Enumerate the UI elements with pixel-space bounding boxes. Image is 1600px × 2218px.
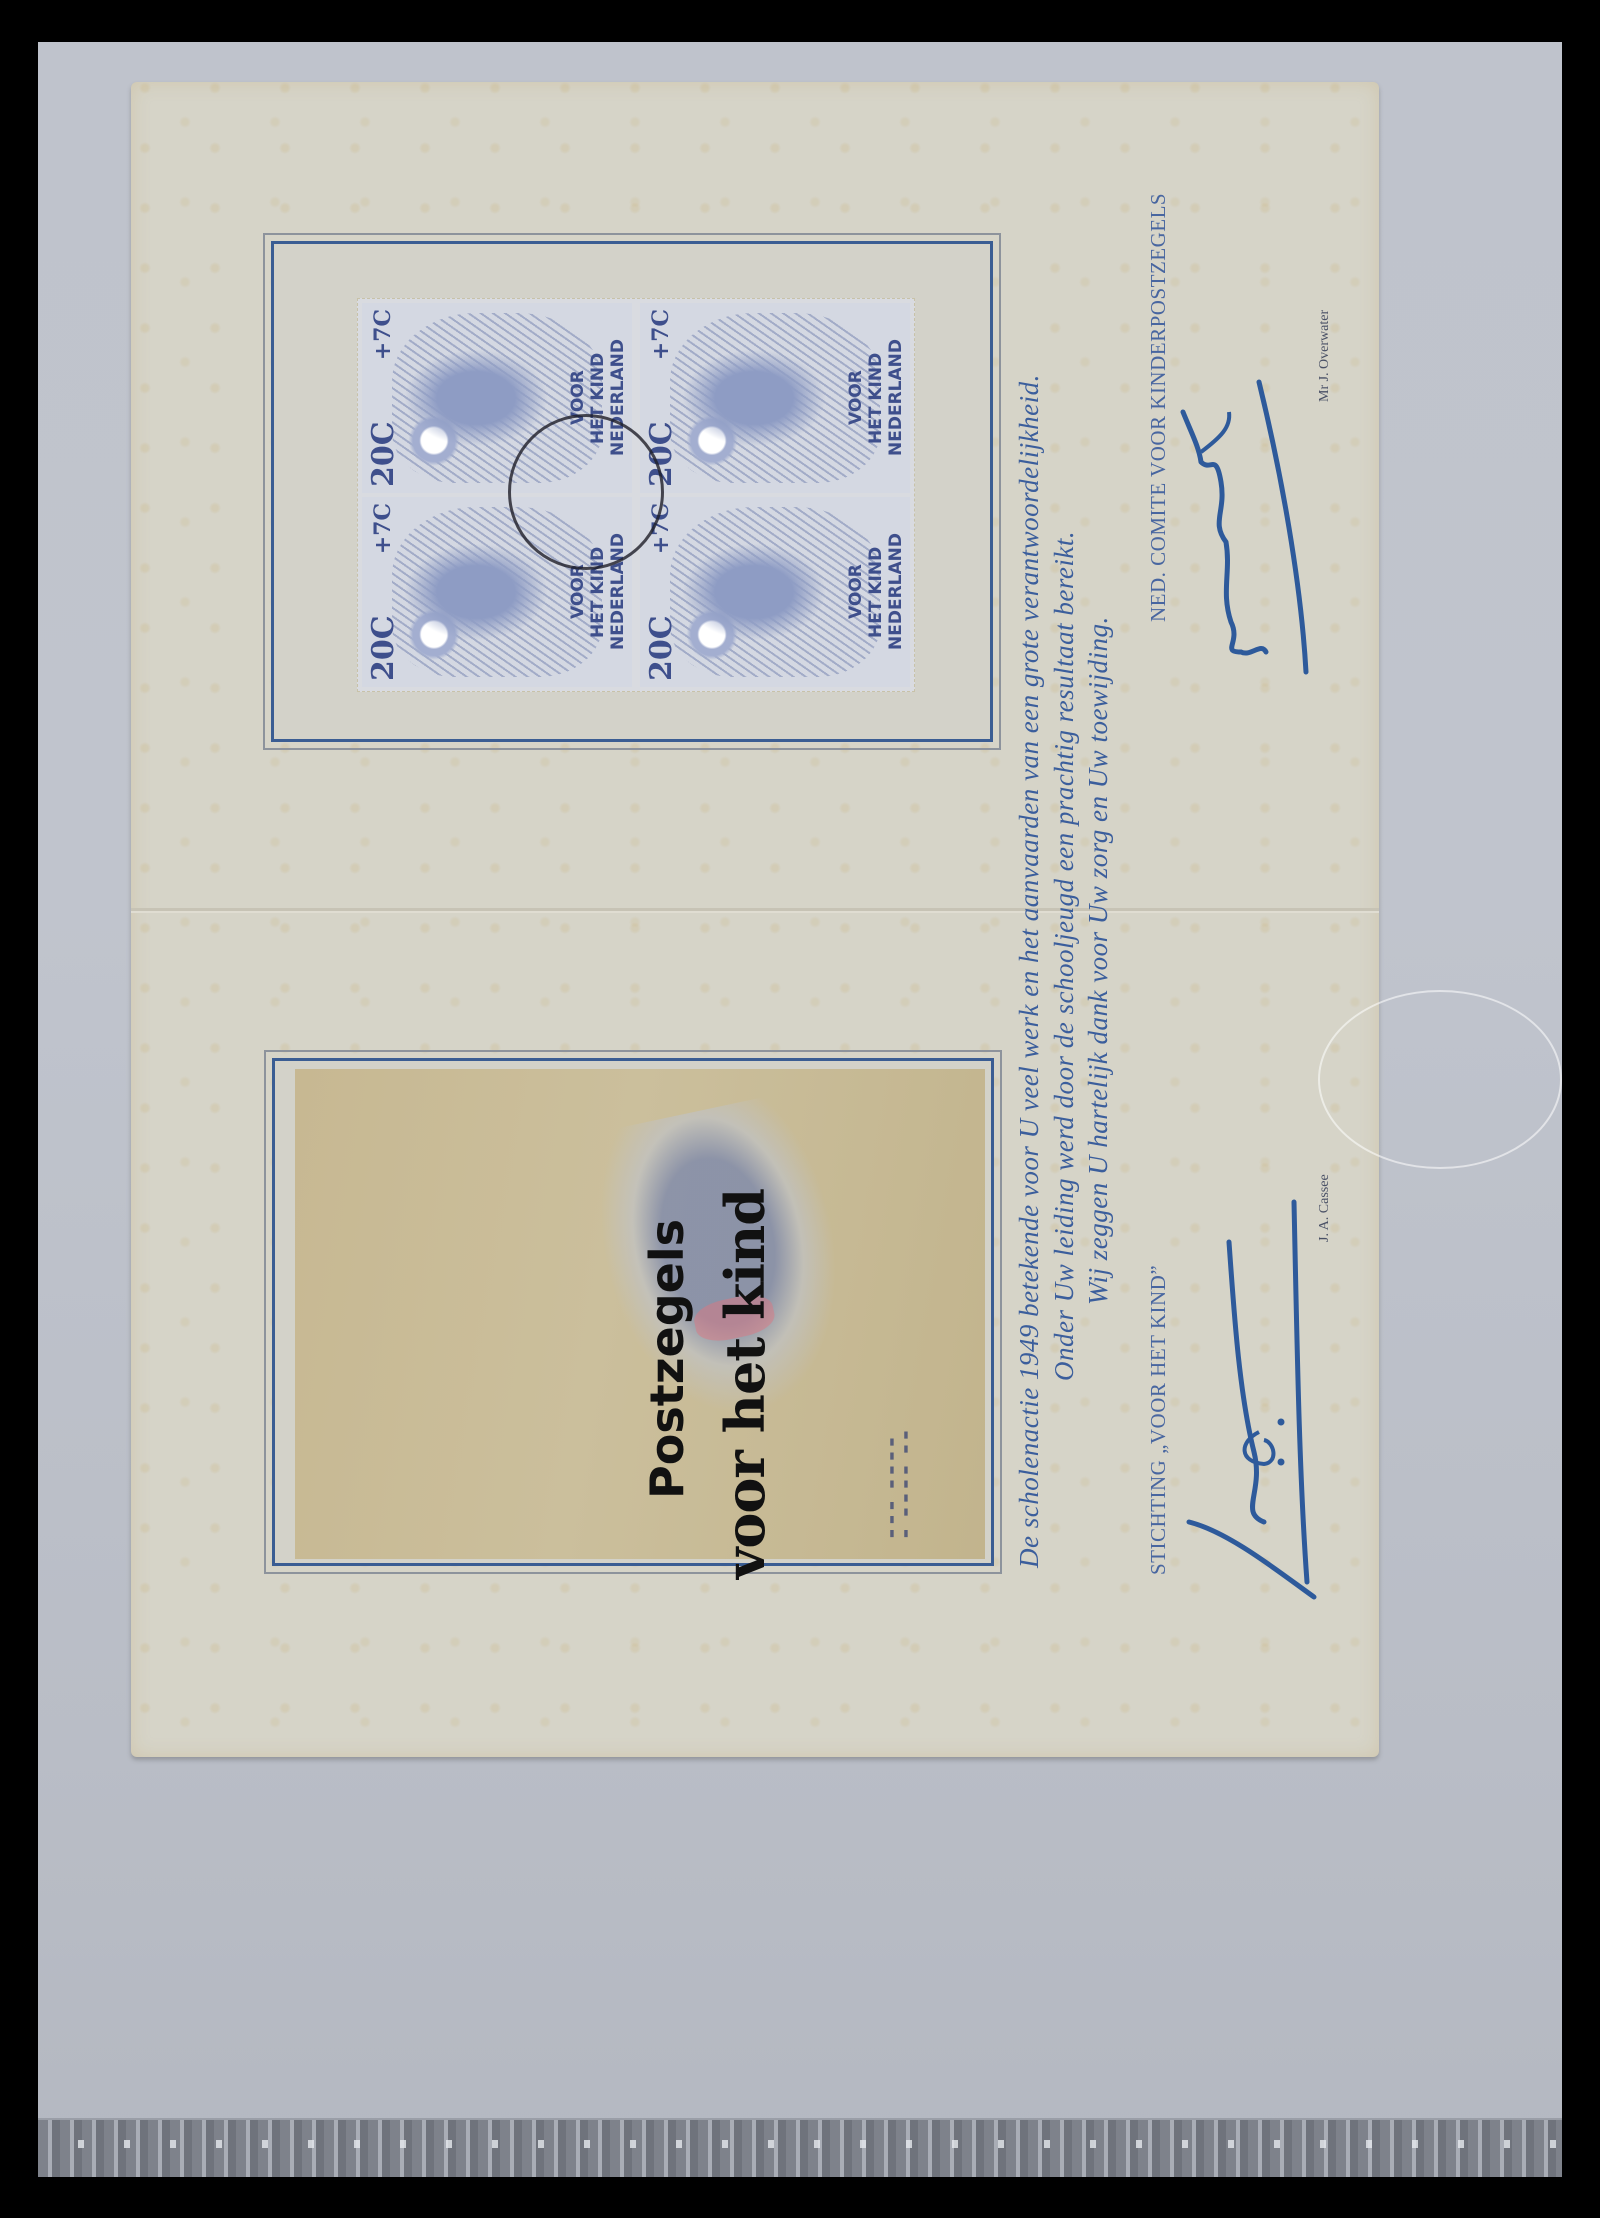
commemorative-card: +7C 20C VOORHET KINDNEDERLAND +7C 20C VO… xyxy=(131,82,1379,1757)
postmark-icon xyxy=(508,414,664,570)
org-stichting-voor-het-kind: STICHTING „VOOR HET KIND” xyxy=(1146,1155,1171,1575)
message-line-1: De scholenactie 1949 betekende voor U ve… xyxy=(1014,245,1045,1568)
stamp: +7C 20C VOORHET KINDNEDERLAND xyxy=(640,303,910,493)
stamp-value: 20C xyxy=(366,421,401,487)
org-ned-comite-kinderpostzegels: NED. COMITE VOOR KINDERPOSTZEGELS xyxy=(1146,250,1171,622)
signature-cassee-icon xyxy=(1169,1192,1319,1612)
stamp-value: 20C xyxy=(644,615,679,681)
stamp-legend: VOORHET KINDNEDERLAND xyxy=(846,309,906,487)
signature-overwater-icon xyxy=(1171,352,1321,692)
stamp: +7C 20C VOORHET KINDNEDERLAND xyxy=(640,497,910,687)
envelope-stamp-imprint: ▮▮▮ ▮▮▮▮▮ ▮▮▮▮ ▮▮ xyxy=(885,1429,913,1541)
stamp-block-of-four: +7C 20C VOORHET KINDNEDERLAND +7C 20C VO… xyxy=(357,298,915,692)
signatory-right-name: Mr J. Overwater xyxy=(1317,272,1333,402)
sleeve-glare xyxy=(1318,990,1562,1169)
card-fold-line xyxy=(131,908,1379,911)
message-line-3: Wij zeggen U hartelijk dank voor Uw zorg… xyxy=(1083,505,1114,1305)
album-binder-strip xyxy=(38,2118,1562,2177)
stamp-block-frame-inner: +7C 20C VOORHET KINDNEDERLAND +7C 20C VO… xyxy=(271,241,993,742)
stamp-surcharge: +7C xyxy=(648,309,674,360)
stamp-surcharge: +7C xyxy=(370,503,396,554)
envelope-title-line2: voor het kind xyxy=(713,1189,777,1579)
envelope-title-line1: Postzegels xyxy=(640,1219,694,1499)
stamp-surcharge: +7C xyxy=(370,309,396,360)
stamp-value: 20C xyxy=(366,615,401,681)
message-line-2: Onder Uw leiding werd door de schooljeug… xyxy=(1049,393,1080,1381)
envelope-frame-inner: Postzegels voor het kind ▮▮▮ ▮▮▮▮▮ ▮▮▮▮ … xyxy=(272,1058,994,1566)
envelope-frame: Postzegels voor het kind ▮▮▮ ▮▮▮▮▮ ▮▮▮▮ … xyxy=(264,1050,1002,1574)
glassine-envelope: Postzegels voor het kind ▮▮▮ ▮▮▮▮▮ ▮▮▮▮ … xyxy=(295,1069,985,1559)
stamp-legend: VOORHET KINDNEDERLAND xyxy=(846,503,906,681)
stamp-block-frame: +7C 20C VOORHET KINDNEDERLAND +7C 20C VO… xyxy=(263,233,1001,750)
signatory-left-name: J. A. Cassee xyxy=(1317,1132,1333,1242)
